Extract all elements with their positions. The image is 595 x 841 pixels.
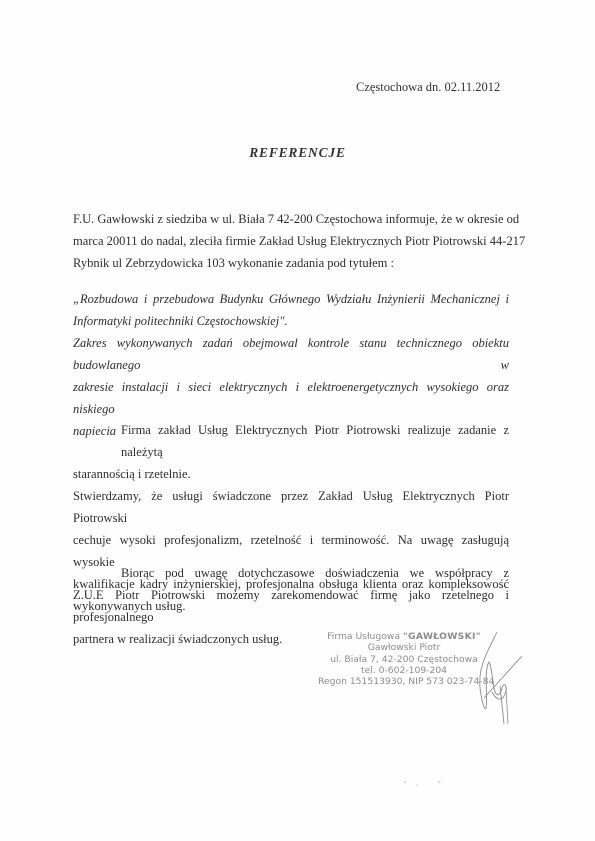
paragraph-intro: F.U. Gawłowski z siedziba w ul. Biała 7 … [73, 208, 509, 274]
stamp-company-prefix: Firma Usługowa [327, 631, 403, 642]
paragraph-line: Rybnik ul Zebrzydowicka 103 wykonanie za… [73, 252, 509, 274]
faint-marks-icon [395, 775, 475, 790]
paragraph-line: Biorąc pod uwagę dotychczasowe doświadcz… [73, 562, 509, 584]
paragraph-line: Firma zakład Usług Elektrycznych Piotr P… [73, 419, 509, 463]
stamp-phone: tel. 0-602-109-204 [318, 665, 490, 676]
stamp-address: ul. Biała 7, 42-200 Częstochowa [318, 654, 490, 665]
paragraph-line: F.U. Gawłowski z siedziba w ul. Biała 7 … [73, 208, 509, 230]
place-date: Częstochowa dn. 02.11.2012 [356, 80, 500, 95]
signature-icon [470, 626, 530, 726]
paragraph-line: Z.U.E Piotr Piotrowski możemy zarekomend… [73, 584, 509, 628]
paragraph-line: Stwierdzamy, że usługi świadczone przez … [73, 485, 509, 529]
stamp-registration: Regon 151513930, NIP 573 023-74-84 [318, 676, 490, 687]
stamp-company-line: Firma Usługowa "GAWŁOWSKI" [318, 631, 490, 642]
paragraph-line: marca 20011 do nadal, zleciła firmie Zak… [73, 230, 509, 252]
paragraph-line: starannością i rzetelnie. [73, 463, 509, 485]
company-stamp: Firma Usługowa "GAWŁOWSKI" Gawłowski Pio… [318, 631, 490, 687]
letter-page: Częstochowa dn. 02.11.2012 REFERENCJE F.… [0, 0, 595, 841]
paragraph-line: Informatyki politechniki Częstochowskiej… [73, 310, 509, 332]
paragraph-line: „Rozbudowa i przebudowa Budynku Głównego… [73, 288, 509, 310]
letter-title: REFERENCJE [0, 145, 595, 161]
paragraph-line: Zakres wykonywanych zadań obejmowal kont… [73, 332, 509, 376]
paragraph-line: zakresie instalacji i sieci elektrycznyc… [73, 376, 509, 420]
stamp-owner: Gawłowski Piotr [318, 642, 490, 653]
